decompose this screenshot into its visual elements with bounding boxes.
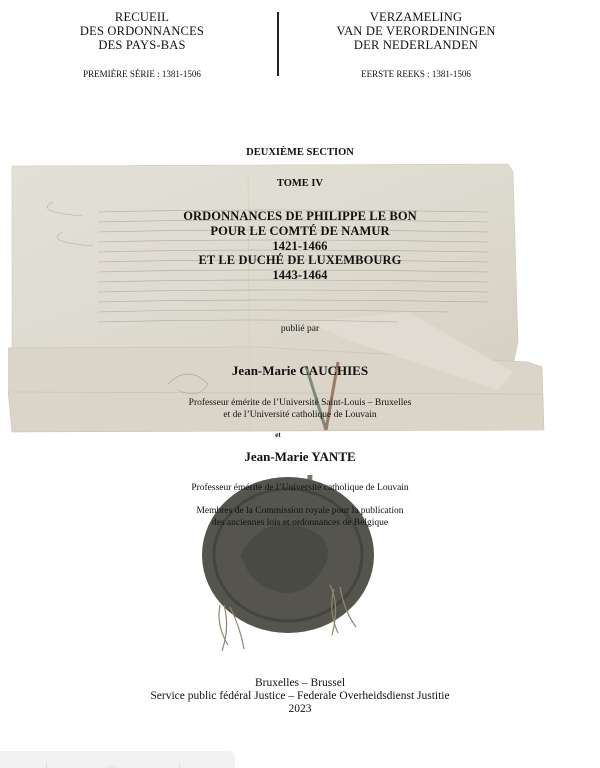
affiliation-line: et de l’Université catholique de Louvain [0, 409, 600, 421]
author-name: Jean-Marie CAUCHIES [0, 363, 600, 379]
series-number: EERSTE REEKS : 1381-1506 [286, 67, 546, 81]
title-line: POUR LE COMTÉ DE NAMUR [0, 224, 600, 239]
publication-place: Bruxelles – Brussel [0, 677, 600, 690]
book-title: ORDONNANCES DE PHILIPPE LE BON POUR LE C… [0, 209, 600, 283]
author-name: Jean-Marie YANTE [0, 449, 600, 465]
series-title-line: DER NEDERLANDEN [286, 38, 546, 52]
title-line: ET LE DUCHÉ DE LUXEMBOURG [0, 253, 600, 268]
parchment-charter-image [8, 162, 548, 434]
viewer-toolbar[interactable] [0, 751, 235, 768]
toolbar-separator [179, 763, 180, 768]
title-dates: 1443-1464 [0, 268, 600, 283]
publisher: Service public fédéral Justice – Federal… [0, 690, 600, 703]
title-line: ORDONNANCES DE PHILIPPE LE BON [0, 209, 600, 224]
author-affiliation: Professeur émérite de l’Université Saint… [0, 397, 600, 421]
published-by-label: publié par [0, 324, 600, 334]
header-divider [277, 12, 279, 76]
series-title-line: DES ORDONNANCES [12, 24, 272, 38]
series-number: PREMIÈRE SÉRIE : 1381-1506 [12, 67, 272, 81]
series-title-line: DES PAYS-BAS [12, 38, 272, 52]
wax-seal-image [200, 475, 380, 655]
membership-line: des anciennes lois et ordonnances de Bel… [0, 518, 600, 530]
commission-membership: Membres de la Commission royale pour la … [0, 506, 600, 529]
header-right-dutch: VERZAMELING VAN DE VERORDENINGEN DER NED… [286, 10, 546, 81]
volume-label: TOME IV [0, 178, 600, 189]
author-affiliation: Professeur émérite de l’Université catho… [0, 483, 600, 493]
series-title-line: VAN DE VERORDENINGEN [286, 24, 546, 38]
toolbar-separator [46, 763, 47, 768]
title-page: RECUEIL DES ORDONNANCES DES PAYS-BAS PRE… [0, 0, 600, 768]
title-dates: 1421-1466 [0, 239, 600, 254]
publication-year: 2023 [0, 703, 600, 716]
section-label: DEUXIÈME SECTION [0, 147, 600, 158]
series-title-line: VERZAMELING [286, 10, 546, 24]
header-left-french: RECUEIL DES ORDONNANCES DES PAYS-BAS PRE… [12, 10, 272, 81]
conjunction: et [0, 431, 578, 439]
affiliation-line: Professeur émérite de l’Université Saint… [0, 397, 600, 409]
series-title-line: RECUEIL [12, 10, 272, 24]
membership-line: Membres de la Commission royale pour la … [0, 506, 600, 518]
imprint: Bruxelles – Brussel Service public fédér… [0, 677, 600, 716]
